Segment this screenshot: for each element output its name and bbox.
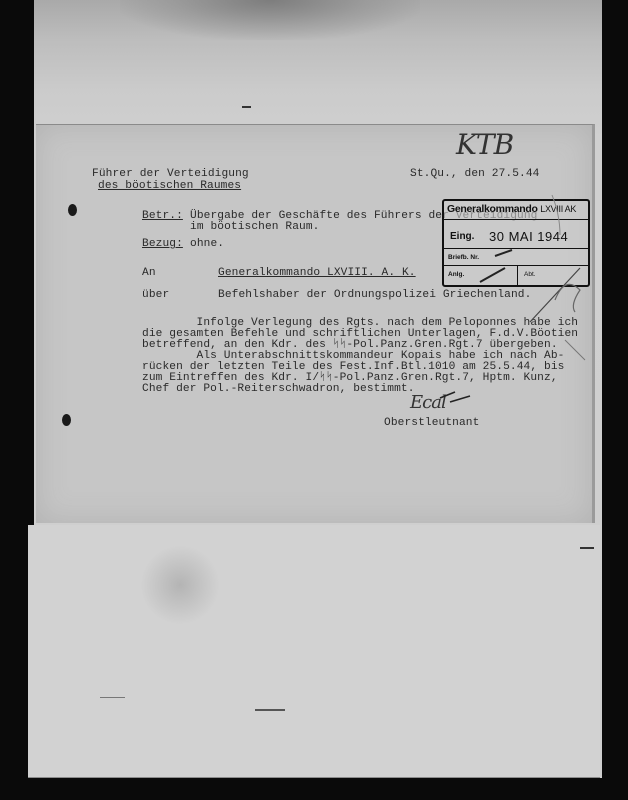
pencil-annotations xyxy=(0,0,628,800)
edge-mark xyxy=(580,547,594,549)
dust-mark xyxy=(100,697,125,698)
dust-mark xyxy=(255,709,285,711)
dust-mark xyxy=(242,106,251,108)
